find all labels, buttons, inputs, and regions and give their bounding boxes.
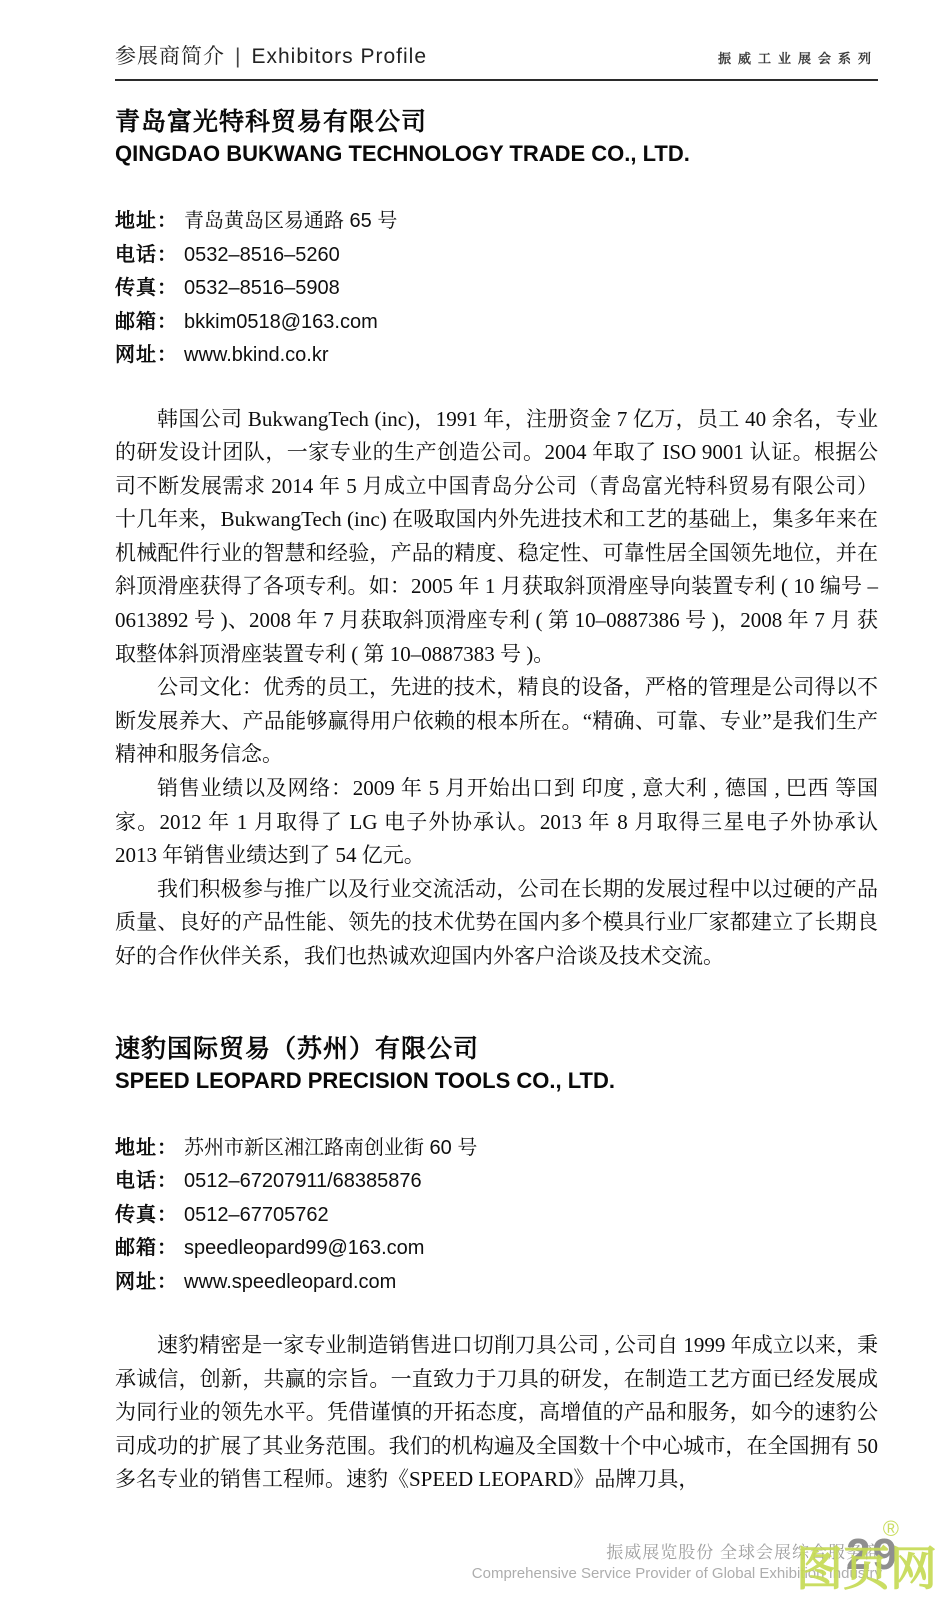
email-value: speedleopard99@163.com [184, 1237, 424, 1259]
fax-value: 0512–67705762 [184, 1204, 329, 1226]
header-title-zh: 参展商简介 [115, 45, 225, 68]
paragraph: 速豹精密是一家专业制造销售进口切削刀具公司 , 公司自 1999 年成立以来，秉… [115, 1329, 878, 1497]
contact-row-fax: 传真：0532–8516–5908 [115, 272, 878, 306]
email-value: bkkim0518@163.com [184, 311, 378, 333]
contact-row-fax: 传真：0512–67705762 [115, 1199, 878, 1233]
phone-label: 电话： [115, 1170, 178, 1192]
contact-row-phone: 电话：0512–67207911/68385876 [115, 1165, 878, 1199]
address-label: 地址： [115, 210, 178, 232]
paragraph: 销售业绩以及网络：2009 年 5 月开始出口到 印度 , 意大利 , 德国 ,… [115, 772, 878, 873]
phone-value: 0532–8516–5260 [184, 244, 340, 266]
website-value: www.speedleopard.com [184, 1271, 396, 1293]
company-name-zh: 速豹国际贸易（苏州）有限公司 [115, 1032, 878, 1066]
fax-label: 传真： [115, 1204, 178, 1226]
document-page: 参展商简介|Exhibitors Profile 振威工业展会系列 青岛富光特科… [115, 0, 878, 1497]
company-section-qingdao-bukwang: 青岛富光特科贸易有限公司 QINGDAO BUKWANG TECHNOLOGY … [115, 105, 878, 974]
address-value: 苏州市新区湘江路南创业街 60 号 [184, 1137, 477, 1159]
company-name-en: SPEED LEOPARD PRECISION TOOLS CO., LTD. [115, 1066, 878, 1096]
contact-row-website: 网址：www.bkind.co.kr [115, 339, 878, 373]
phone-label: 电话： [115, 244, 178, 266]
paragraph: 公司文化：优秀的员工，先进的技术，精良的设备，严格的管理是公司得以不断发展养大、… [115, 671, 878, 772]
company-description: 速豹精密是一家专业制造销售进口切削刀具公司 , 公司自 1999 年成立以来，秉… [115, 1329, 878, 1497]
company-name-en: QINGDAO BUKWANG TECHNOLOGY TRADE CO., LT… [115, 139, 878, 169]
contact-row-website: 网址：www.speedleopard.com [115, 1266, 878, 1300]
contact-row-address: 地址：苏州市新区湘江路南创业街 60 号 [115, 1132, 878, 1166]
contact-row-email: 邮箱：speedleopard99@163.com [115, 1232, 878, 1266]
company-section-speed-leopard: 速豹国际贸易（苏州）有限公司 SPEED LEOPARD PRECISION T… [115, 1032, 878, 1497]
header-separator: | [235, 45, 241, 68]
header-title-en: Exhibitors Profile [251, 45, 427, 68]
page-header: 参展商简介|Exhibitors Profile 振威工业展会系列 [115, 0, 878, 81]
paragraph: 韩国公司 BukwangTech (inc)，1991 年，注册资金 7 亿万，… [115, 403, 878, 672]
contact-list: 地址：苏州市新区湘江路南创业街 60 号 电话：0512–67207911/68… [115, 1132, 878, 1300]
contact-list: 地址：青岛黄岛区易通路 65 号 电话：0532–8516–5260 传真：05… [115, 205, 878, 373]
website-value: www.bkind.co.kr [184, 344, 329, 366]
company-name-zh: 青岛富光特科贸易有限公司 [115, 105, 878, 139]
address-value: 青岛黄岛区易通路 65 号 [184, 210, 397, 232]
company-description: 韩国公司 BukwangTech (inc)，1991 年，注册资金 7 亿万，… [115, 403, 878, 974]
paragraph: 我们积极参与推广以及行业交流活动，公司在长期的发展过程中以过硬的产品质量、良好的… [115, 873, 878, 974]
contact-row-address: 地址：青岛黄岛区易通路 65 号 [115, 205, 878, 239]
contact-row-email: 邮箱：bkkim0518@163.com [115, 306, 878, 340]
contact-row-phone: 电话：0532–8516–5260 [115, 239, 878, 273]
email-label: 邮箱： [115, 311, 178, 333]
fax-value: 0532–8516–5908 [184, 277, 340, 299]
tuyewang-watermark-logo: ® 图页网 [796, 1544, 937, 1594]
watermark-text: 图页网 [796, 1542, 937, 1595]
website-label: 网址： [115, 1271, 178, 1293]
email-label: 邮箱： [115, 1237, 178, 1259]
header-brand-logo: 振威工业展会系列 [718, 48, 878, 70]
page-header-title: 参展商简介|Exhibitors Profile [115, 40, 427, 70]
website-label: 网址： [115, 344, 178, 366]
address-label: 地址： [115, 1137, 178, 1159]
registered-trademark-icon: ® [883, 1518, 899, 1540]
phone-value: 0512–67207911/68385876 [184, 1170, 422, 1192]
fax-label: 传真： [115, 277, 178, 299]
